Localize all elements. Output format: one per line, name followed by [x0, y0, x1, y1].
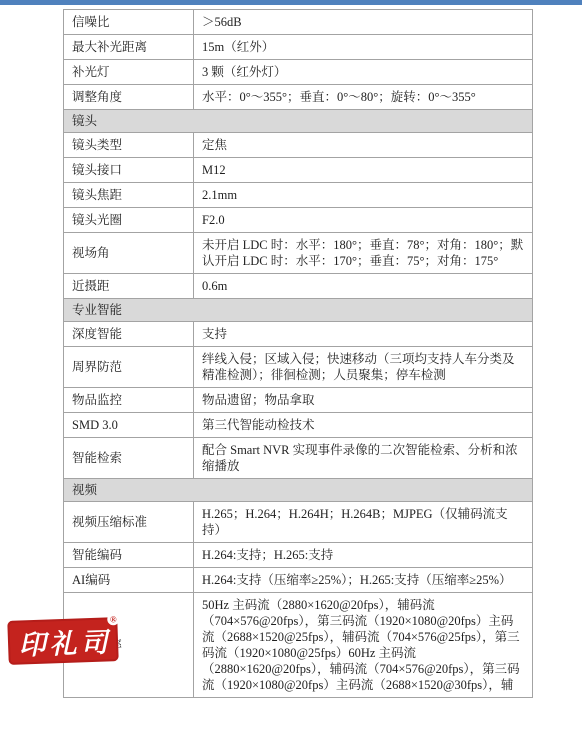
spec-row: 智能编码H.264:支持；H.265:支持 [64, 543, 532, 568]
spec-label: 信噪比 [64, 10, 194, 34]
spec-row: 视频帧率50Hz 主码流（2880×1620@20fps），辅码流（704×57… [64, 593, 532, 698]
spec-value: H.265；H.264；H.264H；H.264B；MJPEG（仅辅码流支持） [194, 502, 532, 542]
spec-value: 50Hz 主码流（2880×1620@20fps），辅码流（704×576@20… [194, 593, 532, 697]
spec-label: 最大补光距离 [64, 35, 194, 59]
spec-value: F2.0 [194, 208, 532, 232]
spec-label: 镜头焦距 [64, 183, 194, 207]
spec-value: 未开启 LDC 时：水平：180°；垂直：78°；对角：180°；默认开启 LD… [194, 233, 532, 273]
spec-label: 镜头类型 [64, 133, 194, 157]
spec-row: 视场角未开启 LDC 时：水平：180°；垂直：78°；对角：180°；默认开启… [64, 233, 532, 274]
spec-row: 镜头焦距2.1mm [64, 183, 532, 208]
spec-value: 定焦 [194, 133, 532, 157]
spec-label: 智能检索 [64, 438, 194, 478]
section-title: 镜头 [64, 110, 532, 132]
section-header-row: 镜头 [64, 110, 532, 133]
spec-value: 水平：0°～355°；垂直：0°～80°；旋转：0°～355° [194, 85, 532, 109]
document-page: 信噪比＞56dB最大补光距离15m（红外）补光灯3 颗（红外灯）调整角度水平：0… [0, 0, 582, 756]
spec-value: 3 颗（红外灯） [194, 60, 532, 84]
spec-row: 智能检索配合 Smart NVR 实现事件录像的二次智能检索、分析和浓缩播放 [64, 438, 532, 479]
spec-table: 信噪比＞56dB最大补光距离15m（红外）补光灯3 颗（红外灯）调整角度水平：0… [63, 9, 533, 698]
stamp-text: 印礼司 [14, 620, 112, 662]
spec-row: AI编码H.264:支持（压缩率≥25%）；H.265:支持（压缩率≥25%） [64, 568, 532, 593]
spec-row: 镜头类型定焦 [64, 133, 532, 158]
spec-value: 第三代智能动检技术 [194, 413, 532, 437]
spec-label: 视频压缩标准 [64, 502, 194, 542]
spec-label: 物品监控 [64, 388, 194, 412]
spec-row: 周界防范绊线入侵；区域入侵；快速移动（三项均支持人车分类及精准检测）；徘徊检测；… [64, 347, 532, 388]
spec-row: 调整角度水平：0°～355°；垂直：0°～80°；旋转：0°～355° [64, 85, 532, 110]
spec-row: 镜头光圈F2.0 [64, 208, 532, 233]
spec-label: 镜头光圈 [64, 208, 194, 232]
spec-value: M12 [194, 158, 532, 182]
spec-value: ＞56dB [194, 10, 532, 34]
spec-row: 视频压缩标准H.265；H.264；H.264H；H.264B；MJPEG（仅辅… [64, 502, 532, 543]
section-title: 专业智能 [64, 299, 532, 321]
spec-value: 0.6m [194, 274, 532, 298]
spec-label: 视场角 [64, 233, 194, 273]
spec-row: 近摄距0.6m [64, 274, 532, 299]
spec-value: 配合 Smart NVR 实现事件录像的二次智能检索、分析和浓缩播放 [194, 438, 532, 478]
spec-label: 调整角度 [64, 85, 194, 109]
spec-row: 补光灯3 颗（红外灯） [64, 60, 532, 85]
spec-value: 绊线入侵；区域入侵；快速移动（三项均支持人车分类及精准检测）；徘徊检测；人员聚集… [194, 347, 532, 387]
spec-label: 智能编码 [64, 543, 194, 567]
spec-label: AI编码 [64, 568, 194, 592]
company-stamp: 印礼司 ® [7, 617, 118, 665]
spec-label: 近摄距 [64, 274, 194, 298]
spec-row: SMD 3.0第三代智能动检技术 [64, 413, 532, 438]
top-accent-bar [0, 0, 582, 5]
spec-row: 最大补光距离15m（红外） [64, 35, 532, 60]
spec-label: 镜头接口 [64, 158, 194, 182]
spec-value: H.264:支持（压缩率≥25%）；H.265:支持（压缩率≥25%） [194, 568, 532, 592]
spec-row: 信噪比＞56dB [64, 10, 532, 35]
spec-value: 15m（红外） [194, 35, 532, 59]
spec-row: 深度智能支持 [64, 322, 532, 347]
spec-value: 物品遗留；物品拿取 [194, 388, 532, 412]
spec-row: 物品监控物品遗留；物品拿取 [64, 388, 532, 413]
section-header-row: 专业智能 [64, 299, 532, 322]
spec-value: 支持 [194, 322, 532, 346]
spec-label: SMD 3.0 [64, 413, 194, 437]
spec-label: 周界防范 [64, 347, 194, 387]
spec-label: 补光灯 [64, 60, 194, 84]
spec-value: H.264:支持；H.265:支持 [194, 543, 532, 567]
section-header-row: 视频 [64, 479, 532, 502]
spec-label: 深度智能 [64, 322, 194, 346]
spec-row: 镜头接口M12 [64, 158, 532, 183]
spec-value: 2.1mm [194, 183, 532, 207]
section-title: 视频 [64, 479, 532, 501]
